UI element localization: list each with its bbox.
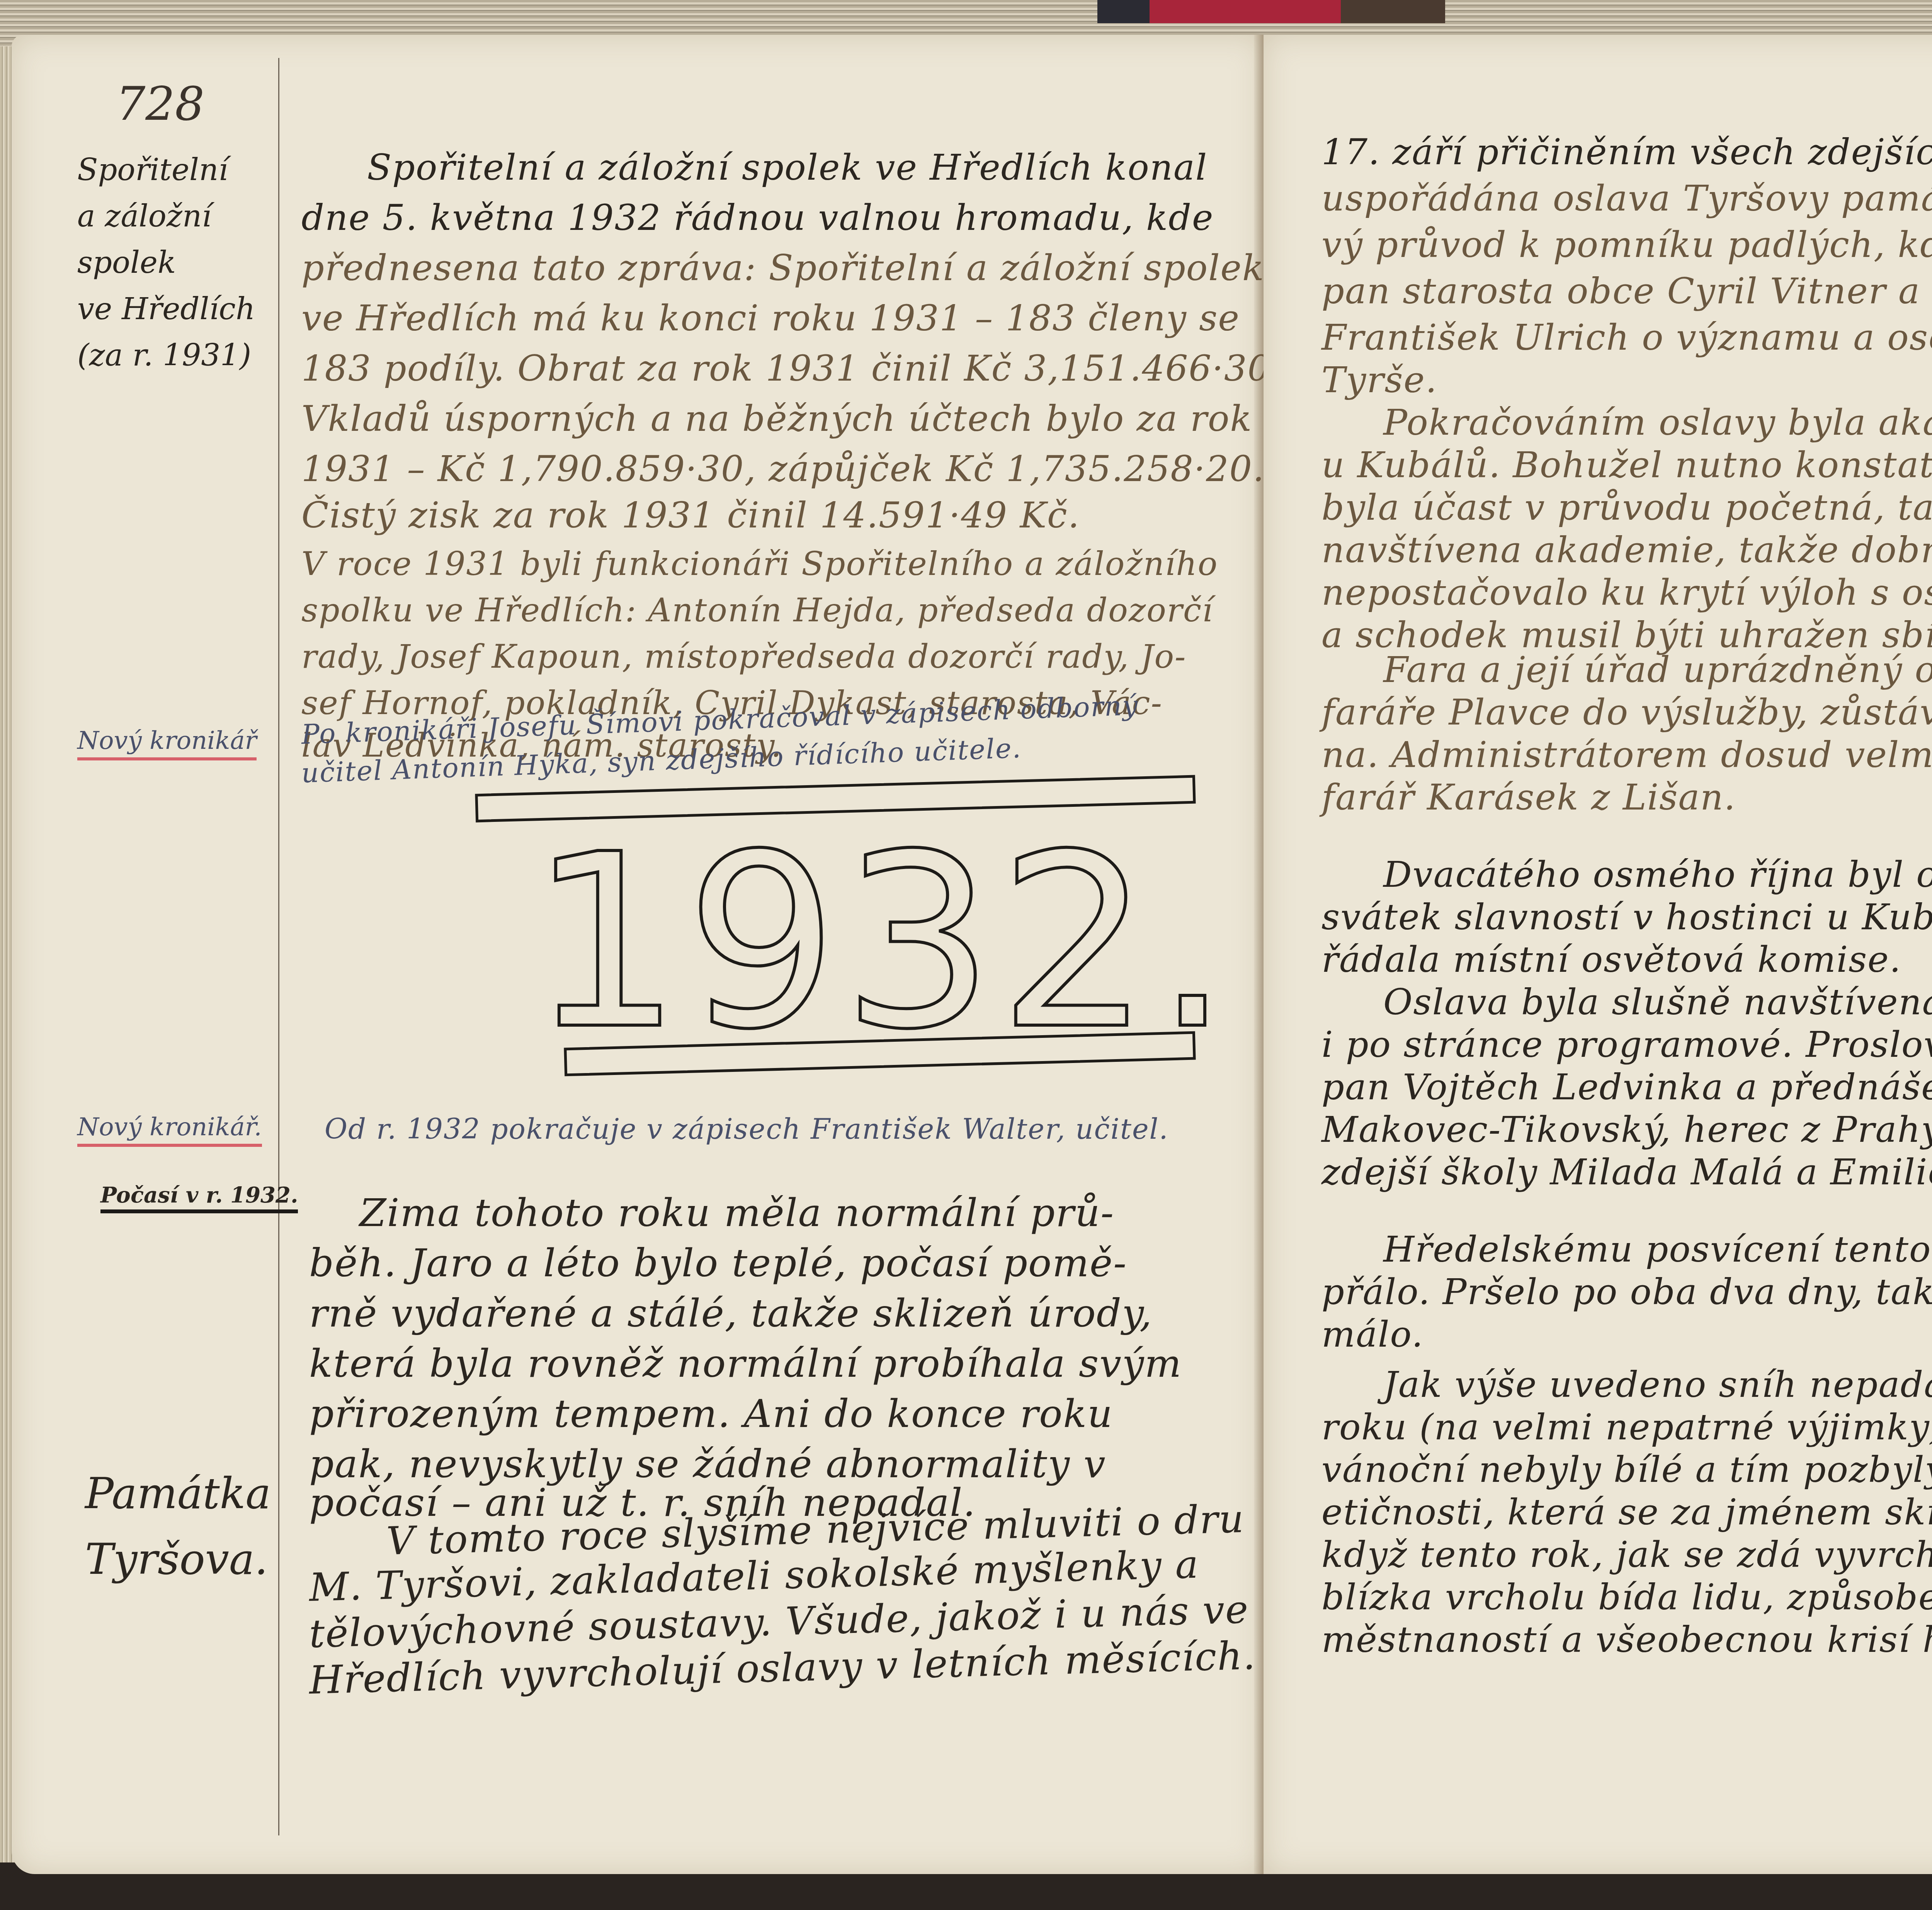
year-heading-text: 1932. bbox=[529, 823, 1235, 1063]
text-line: Od r. 1932 pokračuje v zápisech Františe… bbox=[325, 1113, 1168, 1145]
text-line: nepostačovalo ku krytí výloh s oslavou s… bbox=[1321, 572, 1932, 613]
text-line: 17. září přičiněním všech zdejších korpo… bbox=[1321, 131, 1932, 173]
open-book: 728 Spořitelní a záložní spolek ve Hředl… bbox=[0, 0, 1932, 1910]
text-line: roku (na velmi nepatrné výjimky) takže s… bbox=[1321, 1407, 1932, 1448]
page-number-left: 728 bbox=[116, 77, 204, 131]
text-line: vý průvod k pomníku padlých, kdež promlu… bbox=[1321, 224, 1932, 265]
text-line: na. Administrátorem dosud velmi žoviální… bbox=[1321, 734, 1932, 776]
text-line: Dvacátého osmého října byl oslaven státn… bbox=[1383, 854, 1932, 895]
text-line: František Ulrich o významu a osobnosti d… bbox=[1321, 317, 1932, 358]
text-line: pan starosta obce Cyril Vitner a učitel … bbox=[1321, 270, 1932, 312]
margin-note-novy-kronikar-1: Nový kronikář bbox=[77, 726, 257, 760]
text-line: u Kubálů. Bohužel nutno konstatovati, že… bbox=[1321, 444, 1932, 486]
text-line: vánoční nebyly bílé a tím pozbyly jednak… bbox=[1321, 1449, 1932, 1490]
text-line: Makovec-Tikovský, herec z Prahy a slečny… bbox=[1321, 1109, 1932, 1150]
text-line: přirozeným tempem. Ani do konce roku bbox=[309, 1391, 1113, 1436]
margin-note-line: (za r. 1931) bbox=[77, 332, 255, 379]
text-line: faráře Plavce do výslužby, zůstává stále… bbox=[1321, 692, 1932, 733]
text-line: Jak výše uvedeno sníh nepadal až do konc… bbox=[1383, 1364, 1932, 1405]
text-line: Tyrše. bbox=[1321, 359, 1437, 401]
text-line: dne 5. května 1932 řádnou valnou hromadu… bbox=[301, 197, 1214, 238]
text-line: etičnosti, která se za jménem skrývá, a … bbox=[1321, 1492, 1932, 1533]
text-line: svátek slavností v hostinci u Kubálů, kt… bbox=[1321, 896, 1932, 938]
text-line: V roce 1931 byli funkcionáři Spořitelníh… bbox=[301, 545, 1218, 583]
text-line: uspořádána oslava Tyršovy památky, lampi… bbox=[1321, 178, 1932, 219]
year-heading-1932: 1932. bbox=[475, 784, 1229, 1063]
headband-ribbon bbox=[1097, 0, 1445, 23]
text-line: Hředelskému posvícení tentokrát počasí n… bbox=[1383, 1229, 1932, 1270]
text-line: rně vydařené a stálé, takže sklizeň úrod… bbox=[309, 1291, 1153, 1336]
text-line: navštívena akademie, takže dobrovolné vs… bbox=[1321, 529, 1932, 571]
text-line: pan Vojtěch Ledvinka a přednášel pan Jos… bbox=[1321, 1066, 1932, 1108]
text-line: Pokračováním oslavy byla akademie v sále bbox=[1383, 402, 1932, 443]
text-line: řádala místní osvětová komise. bbox=[1321, 939, 1901, 980]
text-line: městnaností a všeobecnou krisí hospodářs… bbox=[1321, 1619, 1932, 1660]
text-line: Zima tohoto roku měla normální prů- bbox=[359, 1190, 1114, 1235]
margin-note-line: Památka bbox=[85, 1461, 271, 1526]
text-line: farář Karásek z Lišan. bbox=[1321, 777, 1736, 818]
text-line: ve Hředlích má ku konci roku 1931 – 183 … bbox=[301, 298, 1240, 339]
text-line: Čistý zisk za rok 1931 činil 14.591·49 K… bbox=[301, 495, 1080, 536]
text-line: 183 podíly. Obrat za rok 1931 činil Kč 3… bbox=[301, 348, 1283, 389]
margin-note-line: spolek bbox=[77, 240, 255, 286]
text-line: rady, Josef Kapoun, místopředseda dozorč… bbox=[301, 638, 1186, 675]
text-line: přednesena tato zpráva: Spořitelní a zál… bbox=[301, 247, 1265, 289]
text-line: Spořitelní a záložní spolek ve Hředlích … bbox=[367, 147, 1207, 188]
text-line: Oslava byla slušně navštívena a vydařila… bbox=[1383, 981, 1932, 1023]
margin-note-pamatka: Památka Tyršova. bbox=[85, 1461, 271, 1592]
text-line: byla účast v průvodu početná, tak byla s… bbox=[1321, 487, 1932, 528]
text-line: přálo. Pršelo po oba dva dny, takže i ho… bbox=[1321, 1271, 1932, 1313]
text-line: i po stránce programové. Proslov měl říd… bbox=[1321, 1024, 1932, 1065]
text-line: Fara a její úřad uprázdněný odchodem p. bbox=[1383, 649, 1932, 691]
text-line: málo. bbox=[1321, 1314, 1424, 1355]
text-line: blízka vrcholu bída lidu, způsobena neza… bbox=[1321, 1577, 1932, 1618]
text-line: 1931 – Kč 1,790.859·30, zápůjček Kč 1,73… bbox=[301, 448, 1265, 490]
margin-note-pocasi: Počasí v r. 1932. bbox=[100, 1182, 298, 1213]
text-line: spolku ve Hředlích: Antonín Hejda, předs… bbox=[301, 591, 1213, 629]
text-line: zdejší školy Milada Malá a Emilie Hejdov… bbox=[1321, 1151, 1932, 1193]
margin-note-sporitelni: Spořitelní a záložní spolek ve Hředlích … bbox=[77, 147, 255, 379]
margin-note-line: Spořitelní bbox=[77, 147, 255, 193]
text-line: běh. Jaro a léto bylo teplé, počasí pomě… bbox=[309, 1240, 1127, 1286]
text-line: která byla rovněž normální probíhala svý… bbox=[309, 1341, 1182, 1386]
margin-note-novy-kronikar-2: Nový kronikář. bbox=[77, 1113, 262, 1147]
text-line: Vkladů úsporných a na běžných účtech byl… bbox=[301, 398, 1252, 439]
margin-note-line: a záložní bbox=[77, 193, 255, 240]
left-margin-rule bbox=[278, 58, 279, 1835]
margin-note-line: Tyršova. bbox=[85, 1526, 271, 1592]
text-line: když tento rok, jak se zdá vyvrcholuje –… bbox=[1321, 1534, 1932, 1575]
margin-note-line: ve Hředlích bbox=[77, 286, 255, 332]
